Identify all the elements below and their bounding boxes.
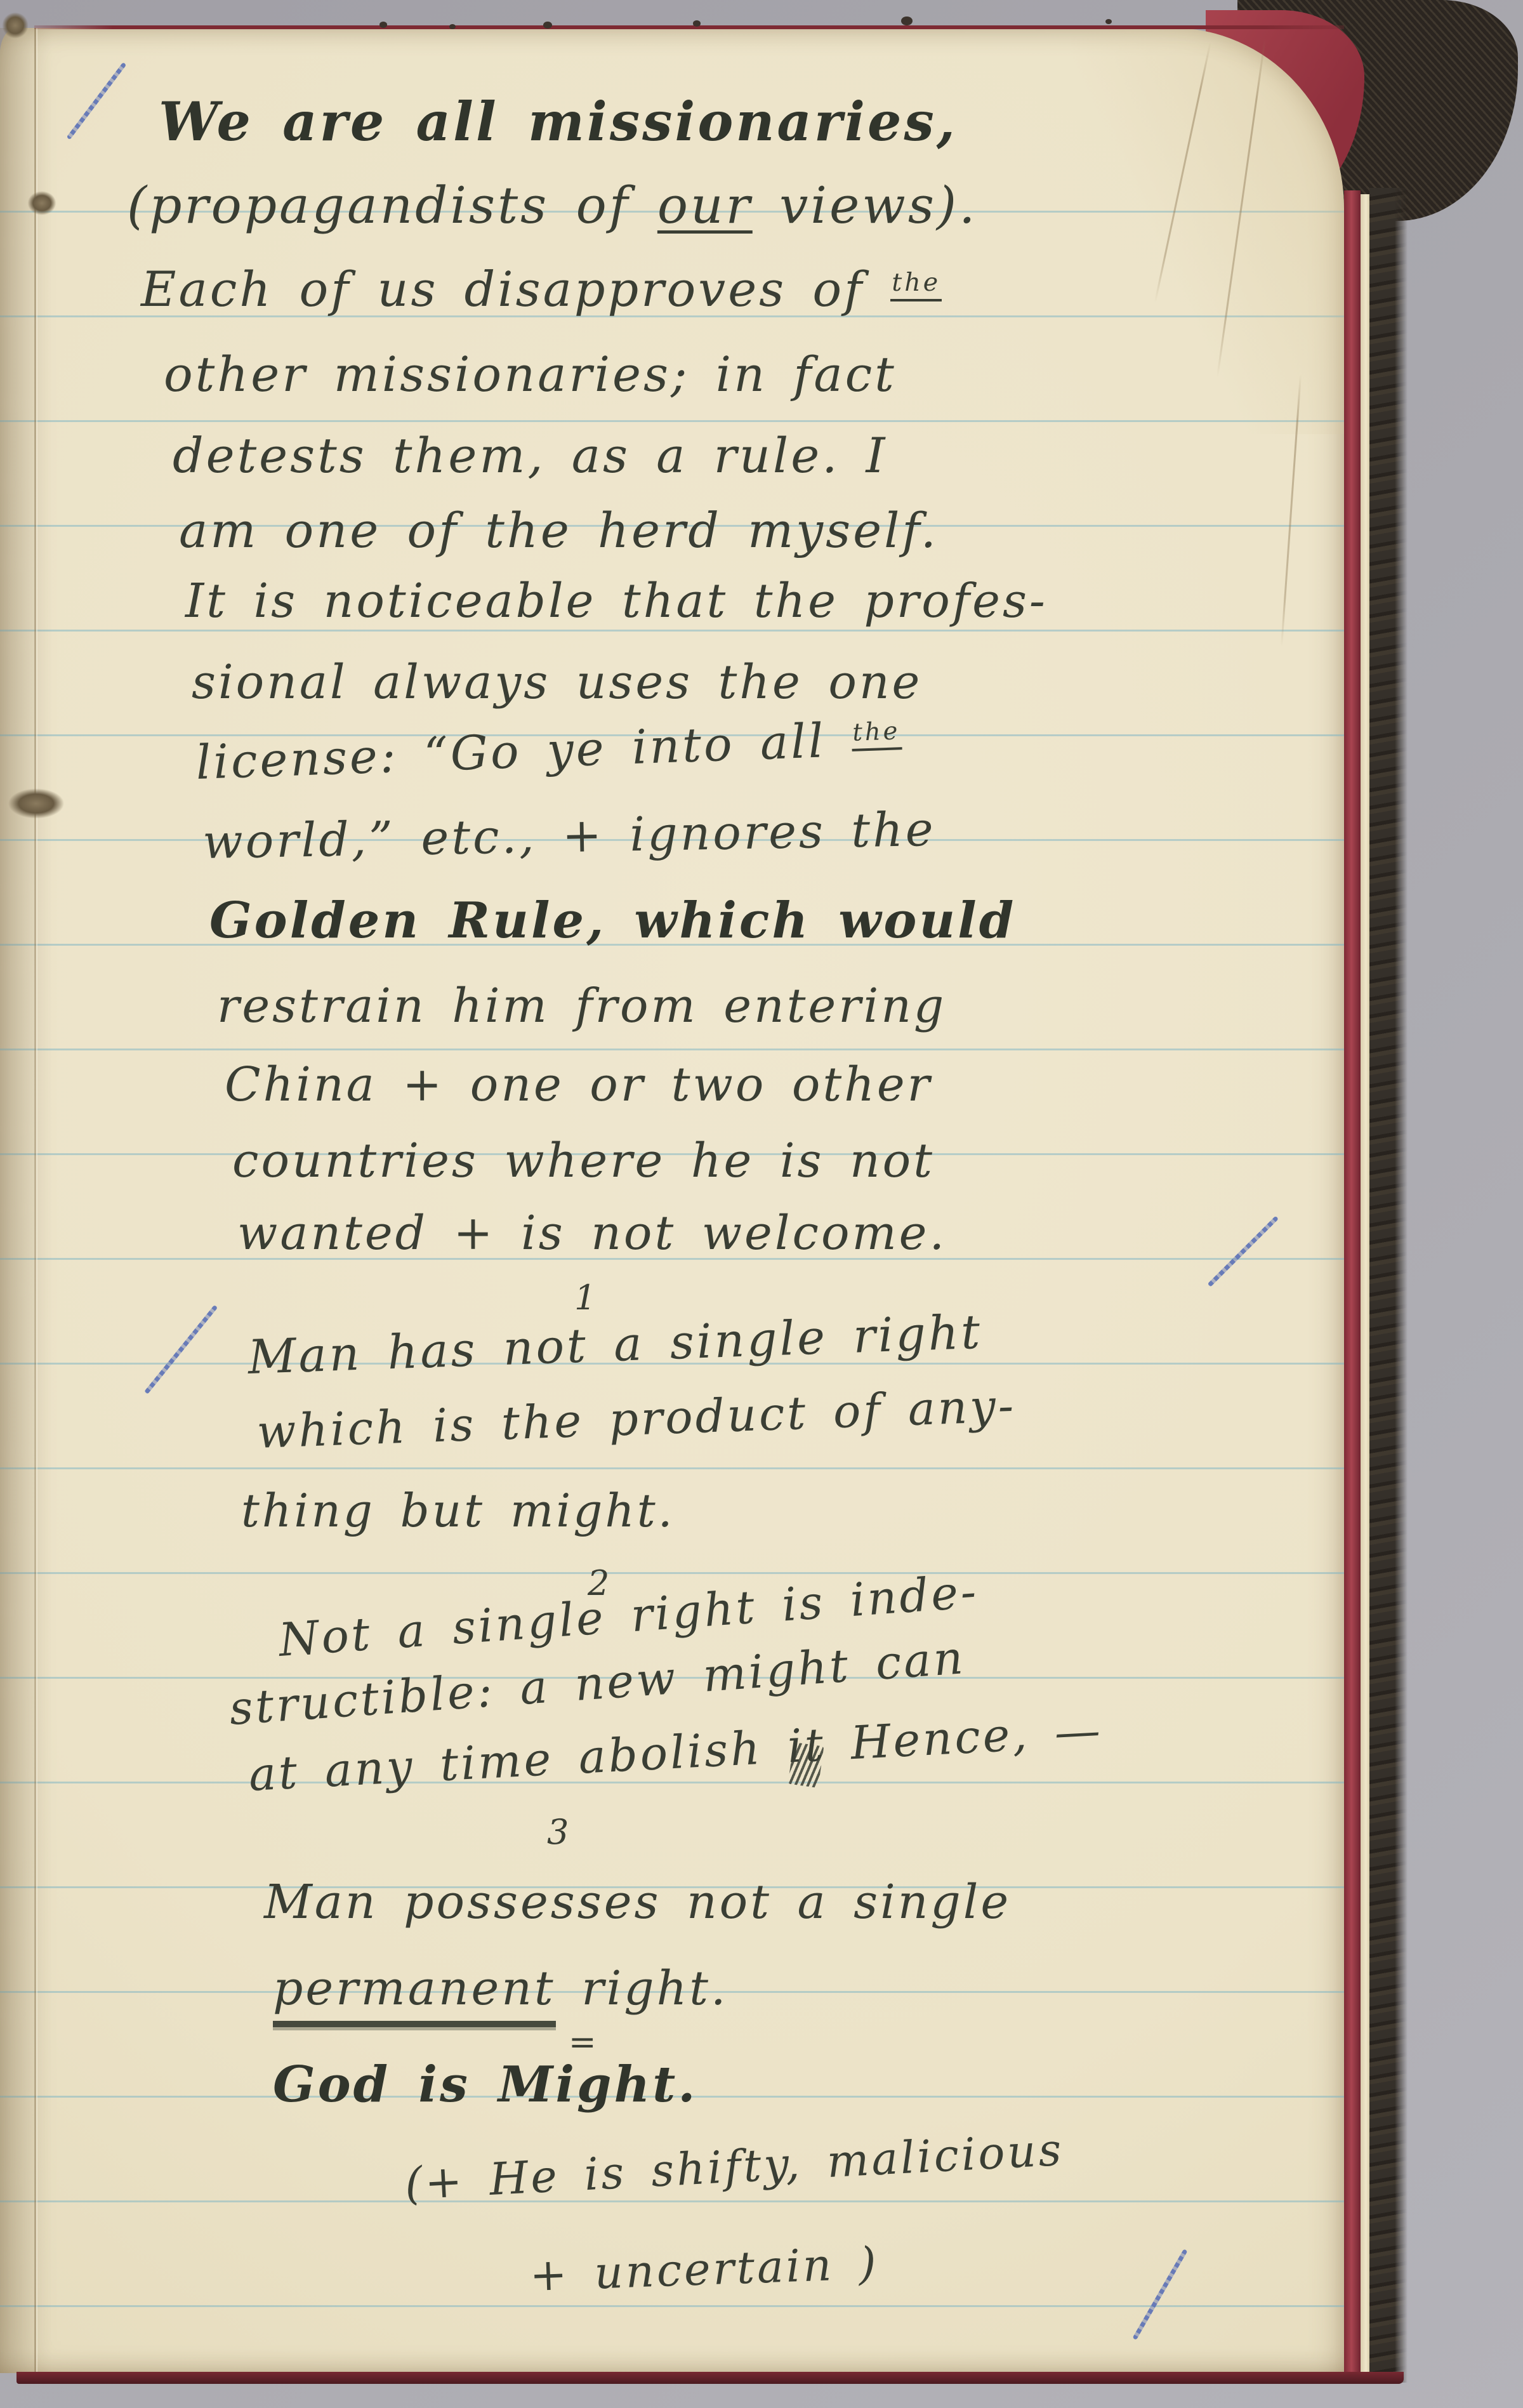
manuscript-text: right. (556, 1961, 729, 2016)
binding-crease (34, 28, 36, 2373)
manuscript-text: China + one or two other (225, 1057, 932, 1112)
line-god-is-might: God is Might. (273, 2060, 697, 2110)
notebook-cover-edge (1369, 188, 1409, 2383)
manuscript-text: the (890, 268, 942, 301)
manuscript-text: Each of us disapproves of (141, 261, 890, 317)
manuscript-text: thing but might. (241, 1484, 675, 1537)
line-permanent-right: permanent right. (273, 1965, 729, 2012)
emphasis-equals-mark: = (569, 2026, 599, 2059)
line-world-etc: world,” etc., + ignores the (202, 806, 936, 866)
manuscript-text: detests them, as a rule. I (173, 427, 888, 484)
manuscript-text: sional always uses the one (192, 655, 922, 710)
paper-speck (901, 17, 913, 25)
line-we-are-all: We are all missionaries, (159, 95, 958, 149)
manuscript-text: permanent (273, 1961, 556, 2027)
paper-speck (449, 24, 456, 29)
manuscript-text: God is Might. (273, 2056, 697, 2114)
manuscript-text: We are all missionaries, (159, 90, 958, 153)
line-thing-but-might: thing but might. (241, 1488, 675, 1533)
manuscript-text: 1 (574, 1278, 598, 1318)
binding-thread-tuft (4, 784, 69, 823)
manuscript-text: am one of the herd myself. (179, 502, 939, 559)
photo-background: We are all missionaries,(propagandists o… (0, 0, 1523, 2408)
line-man-possesses: Man possesses not a single (264, 1879, 1011, 1926)
binding-thread-tuft (0, 9, 30, 42)
line-am-one: am one of the herd myself. (179, 506, 939, 555)
paper-speck (379, 22, 387, 28)
manuscript-text: views). (753, 176, 978, 235)
manuscript-text: other missionaries; in fact (164, 346, 897, 402)
line-china: China + one or two other (225, 1061, 932, 1108)
line-each-of-us: Each of us disapproves of the (141, 265, 942, 314)
aphorism-number-3: 3 (547, 1815, 571, 1849)
manuscript-text: Golden Rule, which would (209, 892, 1016, 949)
line-it-is-noticeable: It is noticeable that the profes- (185, 578, 1048, 625)
line-uncertain: + uncertain ) (529, 2241, 880, 2298)
manuscript-text: restrain him from entering (217, 979, 946, 1033)
binding-thread-tuft (25, 188, 58, 218)
page-edge-red-stripe (1344, 190, 1361, 2374)
line-sional-always: sional always uses the one (192, 659, 922, 706)
line-other-missionaries: other missionaries; in fact (164, 350, 897, 399)
paper-speck (1105, 19, 1112, 24)
line-detests-them: detests them, as a rule. I (173, 432, 888, 480)
line-wanted: wanted + is not welcome. (237, 1210, 947, 1257)
line-golden-rule: Golden Rule, which would (209, 896, 1016, 946)
manuscript-text: 3 (547, 1812, 571, 1852)
manuscript-text: Man possesses not a single (264, 1875, 1011, 1929)
page-top-red-edge (34, 25, 1344, 29)
manuscript-text: (propagandists of (127, 176, 657, 235)
manuscript-text: countries where he is not (232, 1134, 935, 1188)
aphorism-number-1: 1 (574, 1281, 598, 1315)
paper-speck (693, 20, 701, 27)
line-countries: countries where he is not (232, 1137, 935, 1184)
manuscript-text: wanted + is not welcome. (237, 1206, 947, 1260)
manuscript-text: the (851, 717, 902, 751)
page-bottom-red-edge (16, 2372, 1404, 2384)
manuscript-text: It is noticeable that the profes- (185, 574, 1048, 628)
ink-scribble (788, 1742, 824, 1788)
line-propagandists: (propagandists of our views). (127, 180, 978, 231)
line-restrain-him: restrain him from entering (217, 982, 946, 1029)
manuscript-text: our (657, 176, 753, 235)
